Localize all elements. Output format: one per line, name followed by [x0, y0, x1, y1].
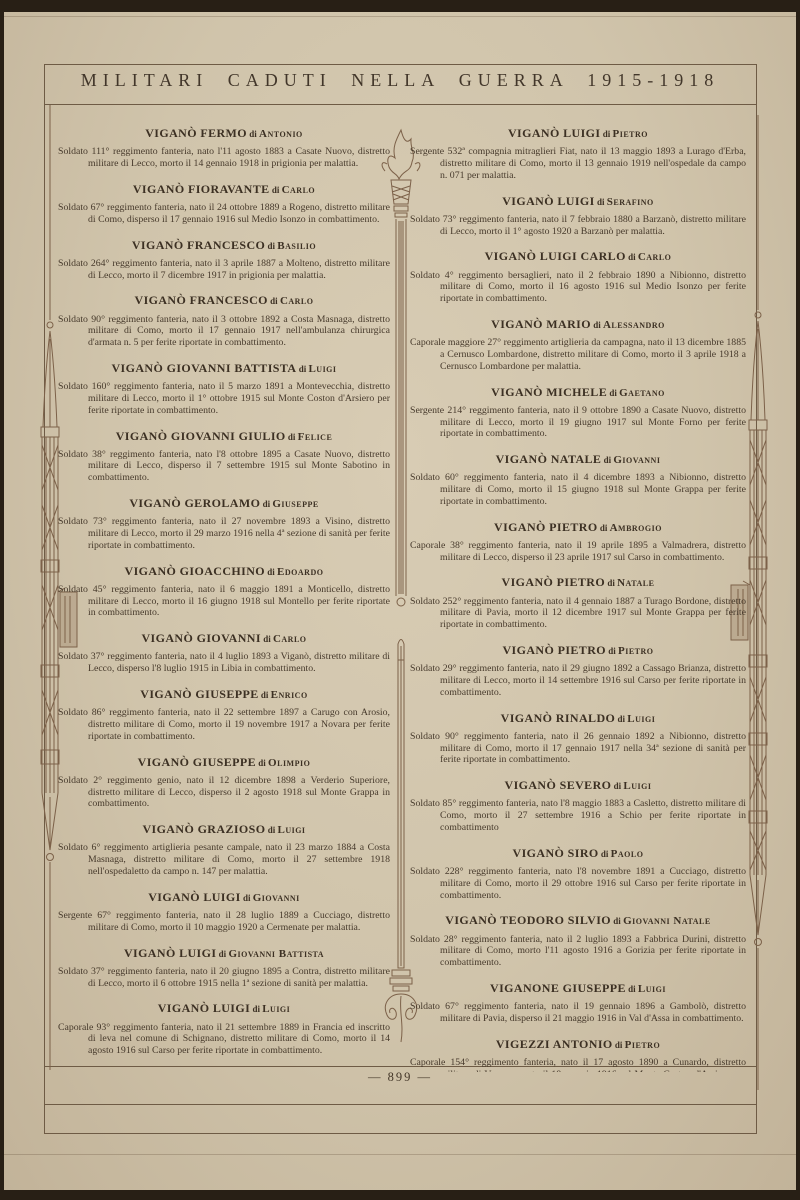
particle: di [601, 455, 613, 465]
entry-body: Caporale maggiore 27° reggimento artigli… [410, 337, 746, 372]
particle: di [286, 432, 298, 442]
father-name: Pietro [625, 1039, 661, 1051]
entry-heading: VIGANÒ LUIGI di Luigi [58, 1001, 390, 1016]
entry-body: Soldato 4° reggimento bersaglieri, nato … [410, 270, 746, 305]
memorial-entry: VIGANÒ TEODORO SILVIO di Giovanni Natale… [410, 913, 746, 969]
entry-heading: VIGANÒ GIUSEPPE di Olimpio [58, 755, 390, 770]
particle: di [265, 567, 277, 577]
entry-body: Caporale 93° reggimento fanteria, nato i… [58, 1022, 390, 1057]
entry-body: Soldato 6° reggimento artiglieria pesant… [58, 842, 390, 877]
father-name: Paolo [611, 848, 644, 860]
memorial-entry: VIGANÒ LUIGI di LuigiCaporale 93° reggim… [58, 1001, 390, 1057]
entry-heading: VIGANÒ LUIGI di Giovanni [58, 890, 390, 905]
entry-heading: VIGANÒ LUIGI di Pietro [410, 126, 746, 141]
father-name: Carlo [280, 295, 314, 307]
entry-body: Soldato 60° reggimento fanteria, nato il… [410, 472, 746, 507]
particle: di [626, 984, 638, 994]
particle: di [265, 825, 277, 835]
memorial-entry: VIGANÒ MICHELE di GaetanoSergente 214° r… [410, 385, 746, 441]
memorial-entry: VIGANÒ FERMO di AntonioSoldato 111° regg… [58, 126, 390, 170]
father-name: Giuseppe [272, 498, 318, 510]
entry-heading: VIGANÒ SIRO di Paolo [410, 846, 746, 861]
entry-heading: VIGANÒ PIETRO di Pietro [410, 643, 746, 658]
soldier-name: VIGANÒ FERMO [145, 126, 247, 140]
particle: di [611, 916, 623, 926]
entry-body: Sergente 67° reggimento fanteria, nato i… [58, 910, 390, 934]
memorial-entry: VIGANÒ GIOVANNI GIULIO di FeliceSoldato … [58, 429, 390, 485]
father-name: Gaetano [619, 387, 665, 399]
column-left: VIGANÒ FERMO di AntonioSoldato 111° regg… [58, 126, 390, 1072]
soldier-name: VIGANÒ MICHELE [491, 385, 607, 399]
memorial-entry: VIGANÒ LUIGI CARLO di CarloSoldato 4° re… [410, 249, 746, 305]
soldier-name: VIGANÒ GIUSEPPE [140, 687, 258, 701]
entry-body: Soldato 37° reggimento fanteria, nato il… [58, 651, 390, 675]
father-name: Edoardo [277, 566, 323, 578]
father-name: Enrico [271, 689, 308, 701]
particle: di [605, 578, 617, 588]
entry-heading: VIGANÒ FERMO di Antonio [58, 126, 390, 141]
particle: di [265, 241, 277, 251]
father-name: Ambrogio [610, 522, 662, 534]
entry-body: Soldato 38° reggimento fanteria, nato l'… [58, 449, 390, 484]
soldier-name: VIGANÒ GIOACCHINO [125, 564, 265, 578]
entry-heading: VIGANÒ NATALE di Giovanni [410, 452, 746, 467]
entry-body: Soldato 37° reggimento fanteria, nato il… [58, 966, 390, 990]
soldier-name: VIGANÒ SIRO [513, 846, 599, 860]
page-title: MILITARI CADUTI NELLA GUERRA 1915-1918 [4, 70, 796, 91]
particle: di [247, 129, 259, 139]
soldier-name: VIGANÒ PIETRO [502, 575, 606, 589]
entry-body: Soldato 73° reggimento fanteria, nato il… [58, 516, 390, 551]
memorial-entry: VIGANÒ PIETRO di AmbrogioCaporale 38° re… [410, 520, 746, 564]
father-name: Basilio [277, 240, 316, 252]
particle: di [268, 296, 280, 306]
father-name: Luigi [638, 983, 666, 995]
entry-heading: VIGANÒ GIUSEPPE di Enrico [58, 687, 390, 702]
memorial-entry: VIGANONE GIUSEPPE di LuigiSoldato 67° re… [410, 981, 746, 1025]
memorial-entry: VIGANÒ PIETRO di NataleSoldato 252° regg… [410, 575, 746, 631]
father-name: Antonio [259, 128, 303, 140]
entry-heading: VIGANÒ GIOVANNI di Carlo [58, 631, 390, 646]
entry-heading: VIGANÒ FRANCESCO di Basilio [58, 238, 390, 253]
soldier-name: VIGANONE GIUSEPPE [490, 981, 626, 995]
soldier-name: VIGANÒ LUIGI [148, 890, 240, 904]
particle: di [241, 893, 253, 903]
footer-mid-rule [44, 1104, 756, 1105]
memorial-entry: VIGANÒ LUIGI di Giovanni BattistaSoldato… [58, 946, 390, 990]
entry-body: Soldato 85° reggimento fanteria, nato l'… [410, 798, 746, 833]
entry-body: Soldato 90° reggimento fanteria, nato il… [58, 314, 390, 349]
father-name: Pietro [612, 128, 648, 140]
page-number: — 899 — [4, 1070, 796, 1085]
entry-body: Soldato 67° reggimento fanteria, nato il… [58, 202, 390, 226]
father-name: Olimpio [268, 757, 310, 769]
entry-body: Caporale 38° reggimento fanteria, nato i… [410, 540, 746, 564]
soldier-name: VIGANÒ GIOVANNI [141, 631, 260, 645]
entry-body: Soldato 73° reggimento fanteria, nato il… [410, 214, 746, 238]
column-right: VIGANÒ LUIGI di PietroSergente 532ª comp… [410, 126, 746, 1072]
entry-heading: VIGANÒ FRANCESCO di Carlo [58, 293, 390, 308]
particle: di [216, 949, 228, 959]
particle: di [270, 185, 282, 195]
father-name: Luigi [623, 780, 651, 792]
particle: di [615, 714, 627, 724]
father-name: Luigi [262, 1003, 290, 1015]
memorial-entry: VIGANÒ LUIGI di PietroSergente 532ª comp… [410, 126, 746, 182]
father-name: Luigi [277, 824, 305, 836]
father-name: Giovanni [253, 892, 300, 904]
father-name: Giovanni Natale [623, 915, 711, 927]
memorial-entry: VIGANÒ GIOVANNI di CarloSoldato 37° regg… [58, 631, 390, 675]
soldier-name: VIGANÒ LUIGI [508, 126, 600, 140]
memorial-entry: VIGANÒ MARIO di AlessandroCaporale maggi… [410, 317, 746, 373]
particle: di [626, 252, 638, 262]
particle: di [607, 388, 619, 398]
memorial-entry: VIGANÒ GIOVANNI BATTISTA di LuigiSoldato… [58, 361, 390, 417]
entry-heading: VIGANÒ PIETRO di Natale [410, 575, 746, 590]
memorial-entry: VIGANÒ NATALE di GiovanniSoldato 60° reg… [410, 452, 746, 508]
soldier-name: VIGANÒ LUIGI [502, 194, 594, 208]
memorial-entry: VIGANÒ GEROLAMO di GiuseppeSoldato 73° r… [58, 496, 390, 552]
particle: di [611, 781, 623, 791]
entry-body: Sergente 214° reggimento fanteria, nato … [410, 405, 746, 440]
entry-heading: VIGANÒ RINALDO di Luigi [410, 711, 746, 726]
entry-heading: VIGANONE GIUSEPPE di Luigi [410, 981, 746, 996]
entry-heading: VIGANÒ GIOVANNI GIULIO di Felice [58, 429, 390, 444]
father-name: Luigi [627, 713, 655, 725]
memorial-entry: VIGANÒ SIRO di PaoloSoldato 228° reggime… [410, 846, 746, 902]
entry-heading: VIGANÒ SEVERO di Luigi [410, 778, 746, 793]
entry-body: Sergente 532ª compagnia mitraglieri Fiat… [410, 146, 746, 181]
memorial-entry: VIGANÒ LUIGI di SerafinoSoldato 73° regg… [410, 194, 746, 238]
entry-heading: VIGANÒ GIOACCHINO di Edoardo [58, 564, 390, 579]
soldier-name: VIGANÒ GIOVANNI GIULIO [116, 429, 286, 443]
entry-heading: VIGANÒ GEROLAMO di Giuseppe [58, 496, 390, 511]
memorial-entry: VIGANÒ SEVERO di LuigiSoldato 85° reggim… [410, 778, 746, 834]
entry-body: Soldato 28° reggimento fanteria, nato il… [410, 934, 746, 969]
particle: di [256, 758, 268, 768]
entry-body: Soldato 2° reggimento genio, nato il 12 … [58, 775, 390, 810]
memorial-entry: VIGANÒ LUIGI di GiovanniSergente 67° reg… [58, 890, 390, 934]
soldier-name: VIGANÒ PIETRO [502, 643, 606, 657]
entry-body: Soldato 111° reggimento fanteria, nato l… [58, 146, 390, 170]
entry-body: Soldato 29° reggimento fanteria, nato il… [410, 663, 746, 698]
particle: di [259, 690, 271, 700]
frame-bottom-rule [44, 1133, 756, 1134]
particle: di [250, 1004, 262, 1014]
entry-heading: VIGANÒ LUIGI di Serafino [410, 194, 746, 209]
soldier-name: VIGANÒ LUIGI [124, 946, 216, 960]
particle: di [598, 523, 610, 533]
particle: di [600, 129, 612, 139]
entry-body: Soldato 90° reggimento fanteria, nato il… [410, 731, 746, 766]
entry-heading: VIGANÒ LUIGI CARLO di Carlo [410, 249, 746, 264]
frame-top-rule [44, 64, 756, 65]
entry-heading: VIGANÒ MARIO di Alessandro [410, 317, 746, 332]
soldier-name: VIGANÒ FRANCESCO [135, 293, 268, 307]
entry-heading: VIGANÒ FIORAVANTE di Carlo [58, 182, 390, 197]
soldier-name: VIGANÒ LUIGI CARLO [485, 249, 626, 263]
memorial-entry: VIGANÒ FRANCESCO di CarloSoldato 90° reg… [58, 293, 390, 349]
father-name: Carlo [282, 184, 316, 196]
entry-heading: VIGANÒ TEODORO SILVIO di Giovanni Natale [410, 913, 746, 928]
particle: di [599, 849, 611, 859]
father-name: Natale [617, 577, 654, 589]
soldier-name: VIGANÒ TEODORO SILVIO [445, 913, 611, 927]
soldier-name: VIGANÒ FIORAVANTE [133, 182, 270, 196]
memorial-entry: VIGANÒ GIOACCHINO di EdoardoSoldato 45° … [58, 564, 390, 620]
entry-body: Soldato 86° reggimento fanteria, nato il… [58, 707, 390, 742]
father-name: Alessandro [603, 319, 665, 331]
father-name: Giovanni [613, 454, 660, 466]
particle: di [591, 320, 603, 330]
entry-heading: VIGEZZI ANTONIO di Pietro [410, 1037, 746, 1052]
memorial-entry: VIGEZZI ANTONIO di PietroCaporale 154° r… [410, 1037, 746, 1072]
soldier-name: VIGANÒ MARIO [491, 317, 591, 331]
entry-heading: VIGANÒ GIOVANNI BATTISTA di Luigi [58, 361, 390, 376]
entry-body: Soldato 67° reggimento fanteria, nato il… [410, 1001, 746, 1025]
paper-top-edge [4, 16, 796, 17]
memorial-entry: VIGANÒ FRANCESCO di BasilioSoldato 264° … [58, 238, 390, 282]
entry-body: Soldato 160° reggimento fanteria, nato i… [58, 381, 390, 416]
header-bottom-rule [44, 104, 756, 105]
soldier-name: VIGANÒ GEROLAMO [129, 496, 260, 510]
father-name: Carlo [273, 633, 307, 645]
father-name: Felice [298, 431, 333, 443]
father-name: Carlo [638, 251, 672, 263]
father-name: Luigi [308, 363, 336, 375]
soldier-name: VIGANÒ GRAZIOSO [142, 822, 265, 836]
memorial-entry: VIGANÒ PIETRO di PietroSoldato 29° reggi… [410, 643, 746, 699]
soldier-name: VIGANÒ PIETRO [494, 520, 598, 534]
memorial-entry: VIGANÒ GIUSEPPE di OlimpioSoldato 2° reg… [58, 755, 390, 811]
entry-body: Soldato 264° reggimento fanteria, nato i… [58, 258, 390, 282]
entry-heading: VIGANÒ GRAZIOSO di Luigi [58, 822, 390, 837]
particle: di [606, 646, 618, 656]
memorial-entry: VIGANÒ RINALDO di LuigiSoldato 90° reggi… [410, 711, 746, 767]
particle: di [296, 364, 308, 374]
soldier-name: VIGANÒ SEVERO [505, 778, 612, 792]
soldier-name: VIGANÒ FRANCESCO [132, 238, 265, 252]
entry-body: Soldato 228° reggimento fanteria, nato l… [410, 866, 746, 901]
soldier-name: VIGANÒ LUIGI [158, 1001, 250, 1015]
father-name: Giovanni Battista [228, 948, 324, 960]
soldier-name: VIGANÒ NATALE [496, 452, 602, 466]
soldier-name: VIGANÒ RINALDO [501, 711, 616, 725]
entry-heading: VIGANÒ LUIGI di Giovanni Battista [58, 946, 390, 961]
soldier-name: VIGANÒ GIOVANNI BATTISTA [111, 361, 296, 375]
entry-body: Soldato 45° reggimento fanteria, nato il… [58, 584, 390, 619]
particle: di [613, 1040, 625, 1050]
paper-bottom-crease [4, 1154, 796, 1155]
memorial-entry: VIGANÒ GIUSEPPE di EnricoSoldato 86° reg… [58, 687, 390, 743]
entry-heading: VIGANÒ PIETRO di Ambrogio [410, 520, 746, 535]
soldier-name: VIGEZZI ANTONIO [496, 1037, 613, 1051]
entry-heading: VIGANÒ MICHELE di Gaetano [410, 385, 746, 400]
memorial-entry: VIGANÒ FIORAVANTE di CarloSoldato 67° re… [58, 182, 390, 226]
father-name: Pietro [618, 645, 654, 657]
particle: di [261, 634, 273, 644]
particle: di [595, 197, 607, 207]
entry-body: Soldato 252° reggimento fanteria, nato i… [410, 596, 746, 631]
book-page: MILITARI CADUTI NELLA GUERRA 1915-1918 [4, 12, 796, 1190]
soldier-name: VIGANÒ GIUSEPPE [138, 755, 256, 769]
memorial-entry: VIGANÒ GRAZIOSO di LuigiSoldato 6° reggi… [58, 822, 390, 878]
father-name: Serafino [607, 196, 654, 208]
particle: di [260, 499, 272, 509]
